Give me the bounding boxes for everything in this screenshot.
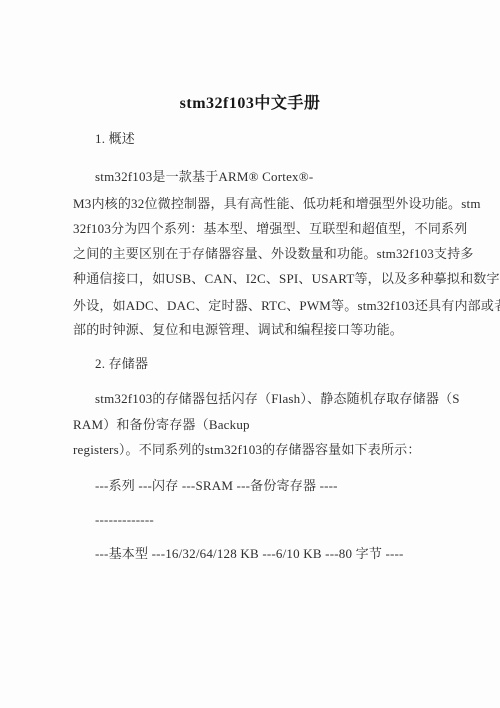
overview-paragraph-line: 之间的主要区别在于存储器容量、外设数量和功能。stm32f103支持多 (73, 246, 474, 261)
memory-paragraph-line: stm32f103的存储器包括闪存（Flash）、静态随机存取存储器（S (95, 391, 460, 406)
document-title: stm32f103中文手册 (0, 90, 500, 113)
memory-paragraph-line: registers）。不同系列的stm32f103的存储器容量如下表所示： (73, 442, 421, 457)
overview-paragraph-line: M3内核的32位微控制器，具有高性能、低功耗和增强型外设功能。stm (73, 196, 481, 211)
overview-paragraph-line: 32f103分为四个系列：基本型、增强型、互联型和超值型，不同系列 (73, 221, 467, 236)
section-overview-heading: 1. 概述 (95, 131, 135, 146)
memory-table-separator-line: ------------- (95, 512, 154, 527)
document-page: stm32f103中文手册 1. 概述 stm32f103是一款基于ARM® C… (0, 0, 500, 708)
memory-table-header-line: ---系列 ---闪存 ---SRAM ---备份寄存器 ---- (95, 478, 338, 493)
memory-table-row-line: ---基本型 ---16/32/64/128 KB ---6/10 KB ---… (95, 546, 404, 561)
overview-paragraph-line: 外设，如ADC、DAC、定时器、RTC、PWM等。stm32f103还具有内部或… (73, 298, 500, 313)
overview-paragraph-line: stm32f103是一款基于ARM® Cortex®- (95, 169, 313, 184)
overview-paragraph-line: 种通信接口，如USB、CAN、I2C、SPI、USART等，以及多种摹拟和数字 (73, 271, 500, 286)
memory-paragraph-line: RAM）和备份寄存器（Backup (73, 417, 250, 432)
section-memory-heading: 2. 存储器 (95, 356, 148, 371)
overview-paragraph-line: 部的时钟源、复位和电源管理、调试和编程接口等功能。 (73, 322, 403, 337)
